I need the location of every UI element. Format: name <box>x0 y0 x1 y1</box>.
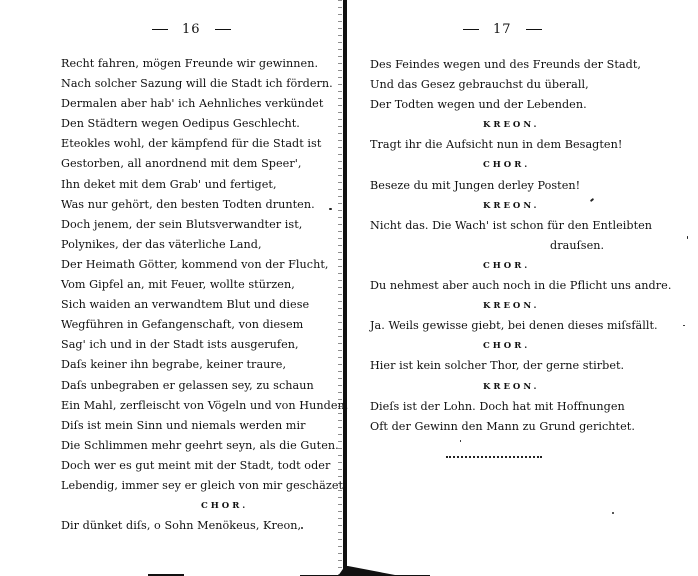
book-gutter <box>343 0 347 576</box>
folio-dash <box>215 29 231 31</box>
verse-line: Doch wer es gut meint mit der Stadt, tod… <box>61 456 348 476</box>
verse-line: Dir dünket diſs, o Sohn Menökeus, Kreon, <box>61 516 348 536</box>
verse-line: Ein Mahl, zerfleischt von Vögeln und von… <box>61 396 348 416</box>
print-speck <box>329 208 332 210</box>
verse-line: Die Schlimmen mehr geehrt seyn, als die … <box>61 436 348 456</box>
print-speck <box>687 236 688 239</box>
verse-line: Nicht das. Die Wach' ist schon für den E… <box>370 216 671 236</box>
folio-dash <box>152 29 168 31</box>
page-number-left: 16 <box>152 22 231 37</box>
verse-line: Oft der Gewinn den Mann zu Grund gericht… <box>370 417 671 437</box>
speaker-heading: KREON. <box>370 196 671 216</box>
book-spread: 16 Recht fahren, mögen Freunde wir gewin… <box>0 0 698 576</box>
verse-line: Du nehmest aber auch noch in die Pflicht… <box>370 276 671 296</box>
verse-line: Den Städtern wegen Oedipus Geschlecht. <box>61 114 348 134</box>
verse-line: Ihn deket mit dem Grab' und fertiget, <box>61 175 348 195</box>
print-speck <box>612 512 614 514</box>
speaker-heading: CHOR. <box>370 256 671 276</box>
verse-line: Lebendig, immer sey er gleich von mir ge… <box>61 476 348 496</box>
verse-line-continuation: drauſsen. <box>370 236 671 256</box>
page-number: 16 <box>182 22 201 37</box>
verse-line: Nach solcher Sazung will die Stadt ich f… <box>61 74 348 94</box>
verse-line: Beseze du mit Jungen derley Posten! <box>370 176 671 196</box>
verse-line: Hier ist kein solcher Thor, der gerne st… <box>370 356 671 376</box>
verse-line: Daſs unbegraben er gelassen sey, zu scha… <box>61 376 348 396</box>
speaker-heading: KREON. <box>370 377 671 397</box>
verse-line: Was nur gehört, den besten Todten drunte… <box>61 195 348 215</box>
print-speck <box>301 527 303 529</box>
end-ornament-rule <box>446 456 542 458</box>
verse-line: Eteokles wohl, der kämpfend für die Stad… <box>61 134 348 154</box>
print-speck <box>683 325 685 326</box>
page-number-right: 17 <box>463 22 542 37</box>
verse-line: Diſs ist mein Sinn und niemals werden mi… <box>61 416 348 436</box>
speaker-heading: KREON. <box>370 115 671 135</box>
verse-line: Gestorben, all anordnend mit dem Speer', <box>61 154 348 174</box>
right-page: 17 Des Feindes wegen und des Freunds der… <box>352 0 698 576</box>
gutter-shadow <box>338 0 342 576</box>
folio-dash <box>526 29 542 31</box>
verse-line: Dermalen aber hab' ich Aehnliches verkün… <box>61 94 348 114</box>
verse-line: Wegführen in Gefangenschaft, von diesem <box>61 315 348 335</box>
speaker-heading: KREON. <box>370 296 671 316</box>
verse-line: Der Todten wegen und der Lebenden. <box>370 95 671 115</box>
verse-line: Tragt ihr die Aufsicht nun in dem Besagt… <box>370 135 671 155</box>
speaker-heading: CHOR. <box>61 496 348 516</box>
left-page: 16 Recht fahren, mögen Freunde wir gewin… <box>0 0 345 576</box>
verse-line: Daſs keiner ihn begrabe, keiner traure, <box>61 355 348 375</box>
verse-line: Dieſs ist der Lohn. Doch hat mit Hoffnun… <box>370 397 671 417</box>
verse-line: Doch jenem, der sein Blutsverwandter ist… <box>61 215 348 235</box>
verse-line: Polynikes, der das väterliche Land, <box>61 235 348 255</box>
verse-line: Vom Gipfel an, mit Feuer, wollte stürzen… <box>61 275 348 295</box>
verse-line: Der Heimath Götter, kommend von der Fluc… <box>61 255 348 275</box>
verse-line: Recht fahren, mögen Freunde wir gewinnen… <box>61 54 348 74</box>
verse-block-left: Recht fahren, mögen Freunde wir gewinnen… <box>61 54 348 536</box>
print-speck <box>460 440 461 442</box>
page-number: 17 <box>493 22 512 37</box>
speaker-heading: CHOR. <box>370 155 671 175</box>
verse-line: Sag' ich und in der Stadt ists ausgerufe… <box>61 335 348 355</box>
verse-block-right: Des Feindes wegen und des Freunds der St… <box>370 55 671 437</box>
verse-line: Ja. Weils gewisse giebt, bei denen diese… <box>370 316 671 336</box>
verse-line: Sich waiden an verwandtem Blut und diese <box>61 295 348 315</box>
folio-dash <box>463 29 479 31</box>
speaker-heading: CHOR. <box>370 336 671 356</box>
verse-line: Des Feindes wegen und des Freunds der St… <box>370 55 671 75</box>
verse-line: Und das Gesez gebrauchst du überall, <box>370 75 671 95</box>
